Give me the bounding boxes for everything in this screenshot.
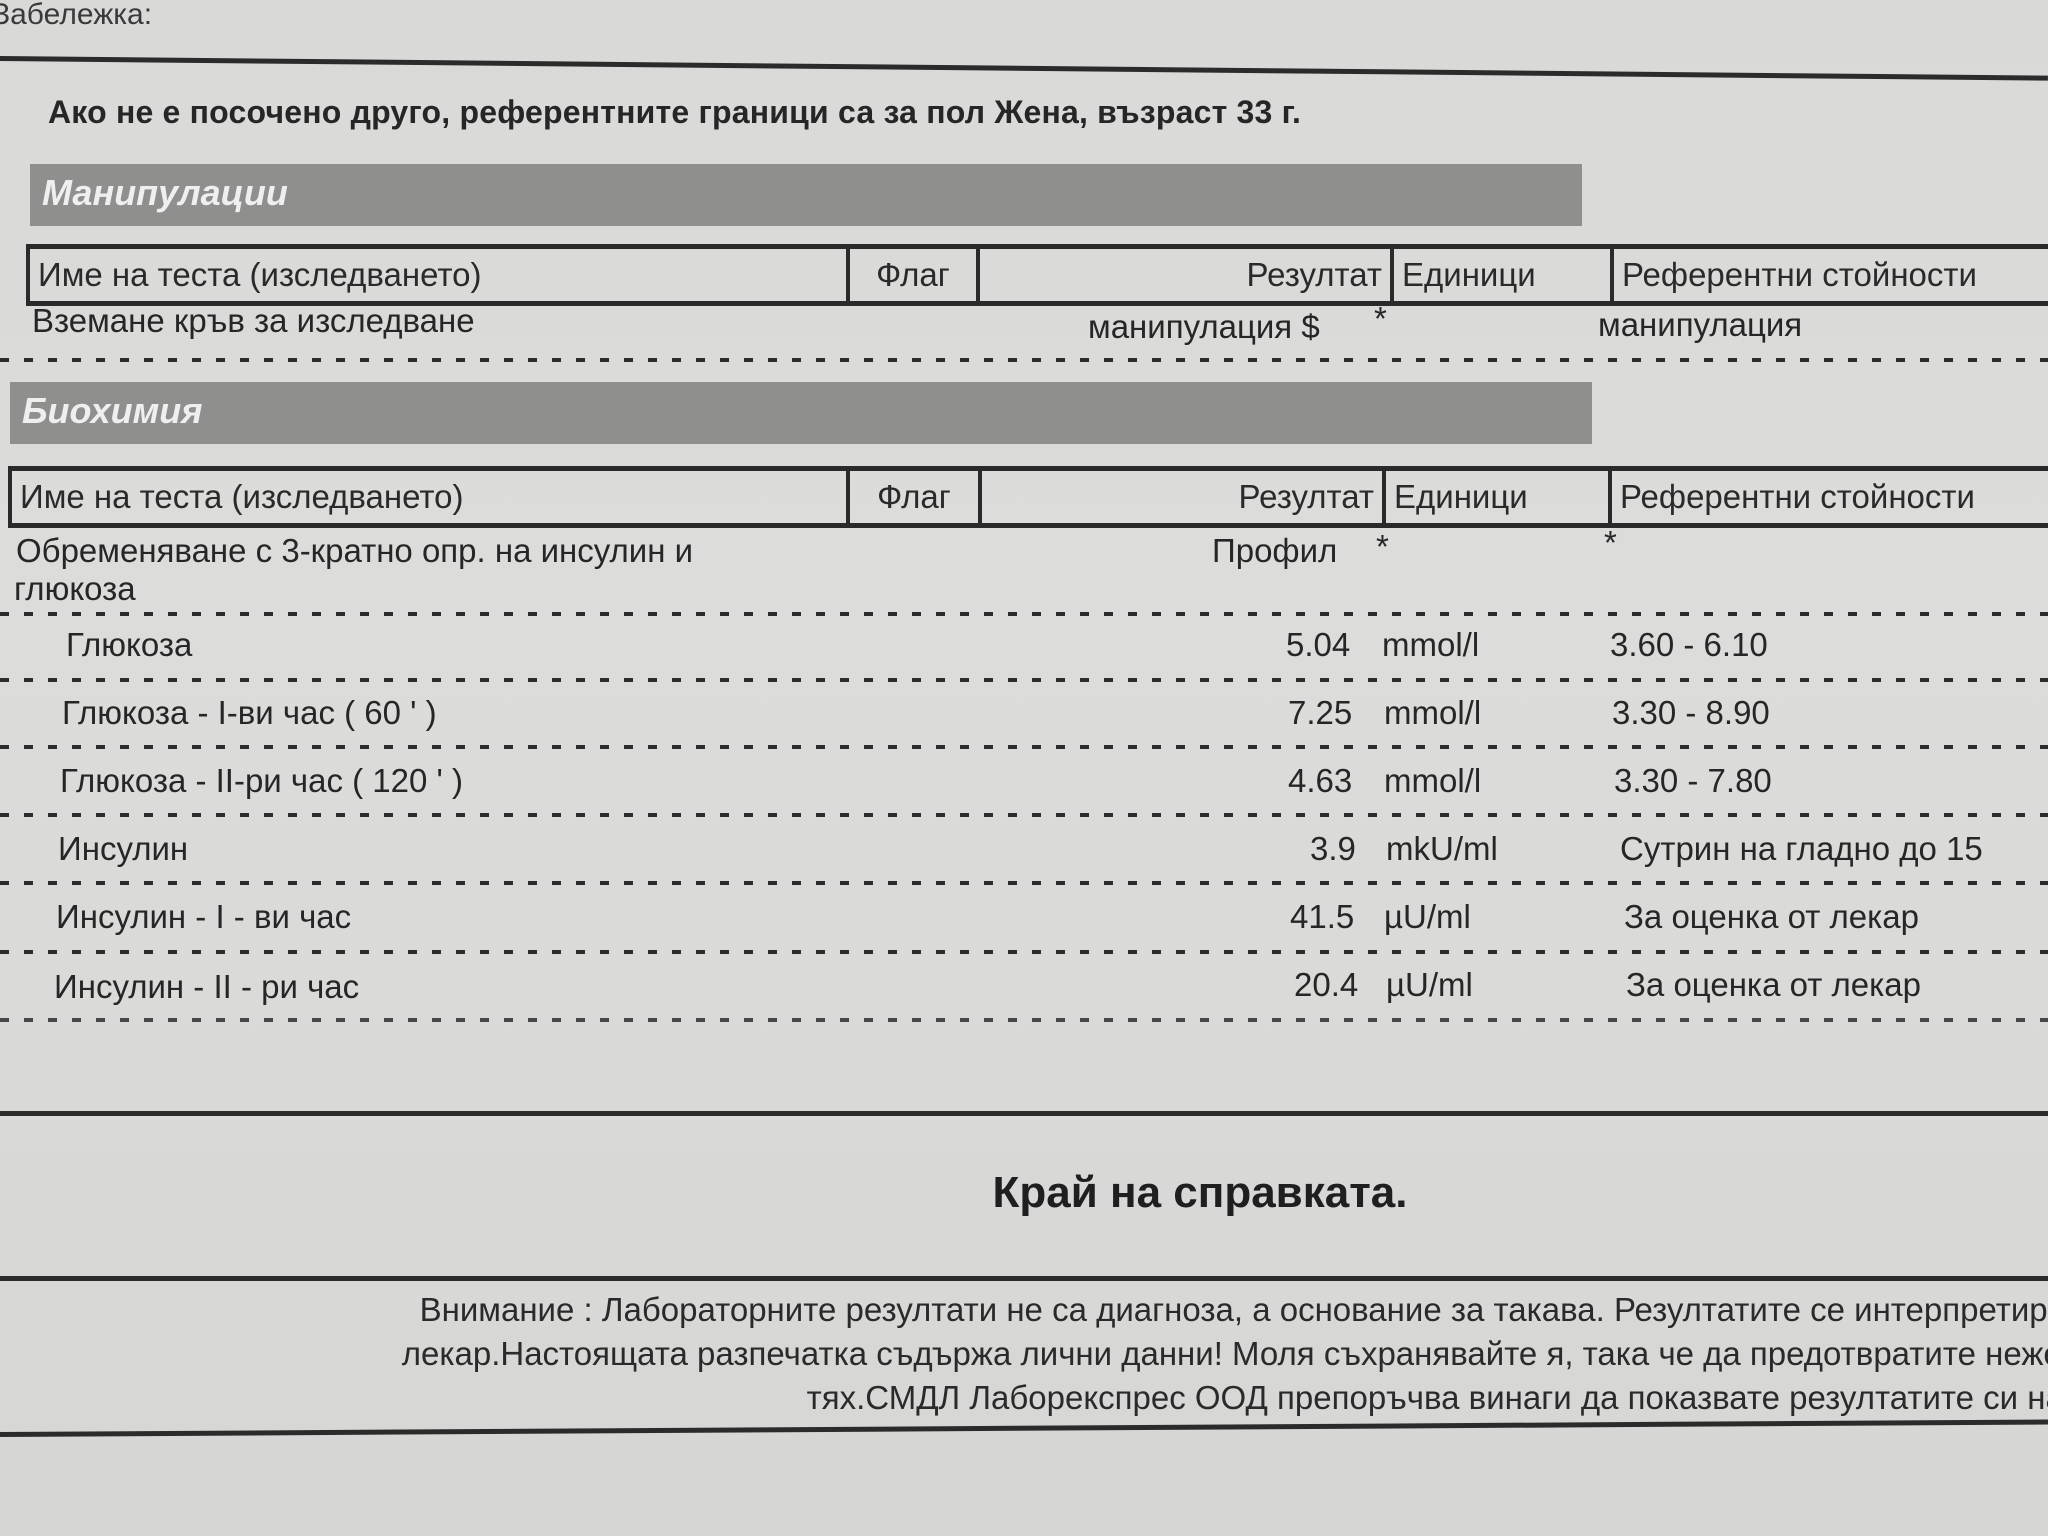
test-reference: * xyxy=(1604,524,1617,562)
test-units: * xyxy=(1376,528,1389,566)
test-units: mkU/ml xyxy=(1386,830,1498,868)
column-header-result: Резултат xyxy=(976,249,1390,301)
test-name: Обременяване с 3-кратно опр. на инсулин … xyxy=(16,532,693,570)
test-result: 5.04 xyxy=(1286,626,1350,664)
lab-report-page: Забележка: Ако не е посочено друго, рефе… xyxy=(0,0,2048,1536)
test-name: Глюкоза - I-ви час ( 60 ' ) xyxy=(62,694,437,732)
test-result: 7.25 xyxy=(1288,694,1352,732)
table-header-biochemistry: Име на теста (изследването) Флаг Резулта… xyxy=(8,466,2048,528)
test-result: манипулация $ xyxy=(1088,308,1320,346)
column-header-units: Единици xyxy=(1382,471,1608,523)
column-header-name: Име на теста (изследването) xyxy=(30,249,846,301)
reference-intro-text: Ако не е посочено друго, референтните гр… xyxy=(48,94,1301,131)
row-divider xyxy=(0,612,2048,616)
test-result: 20.4 xyxy=(1294,966,1358,1004)
test-name: Глюкоза xyxy=(66,626,192,664)
column-header-flag: Флаг xyxy=(846,249,976,301)
test-name: Вземане кръв за изследване xyxy=(32,302,475,340)
row-divider xyxy=(0,358,2048,362)
test-reference: манипулация xyxy=(1598,306,1802,344)
test-name: Глюкоза - II-ри час ( 120 ' ) xyxy=(60,762,463,800)
row-divider xyxy=(0,813,2048,817)
test-reference: 3.60 - 6.10 xyxy=(1610,626,1768,664)
row-divider xyxy=(0,950,2048,954)
end-rule-top xyxy=(0,1111,2048,1116)
test-result: Профил xyxy=(1212,532,1337,570)
test-result: 4.63 xyxy=(1288,762,1352,800)
row-divider xyxy=(0,1018,2048,1022)
notice-line: Внимание : Лабораторните резултати не са… xyxy=(0,1288,2048,1332)
table-header-manipulations: Име на теста (изследването) Флаг Резулта… xyxy=(26,244,2048,306)
row-divider xyxy=(0,745,2048,749)
test-units: mmol/l xyxy=(1384,694,1481,732)
test-reference: За оценка от лекар xyxy=(1624,898,1919,936)
notice-rule-bottom xyxy=(0,1419,2048,1437)
test-result: 3.9 xyxy=(1310,830,1356,868)
section-title: Биохимия xyxy=(22,390,202,432)
test-name-continued: глюкоза xyxy=(14,570,136,608)
note-label: Забележка: xyxy=(0,0,152,32)
test-reference: 3.30 - 8.90 xyxy=(1612,694,1770,732)
test-units: mmol/l xyxy=(1384,762,1481,800)
column-header-reference: Референтни стойности xyxy=(1610,249,2048,301)
test-units: mmol/l xyxy=(1382,626,1479,664)
test-name: Инсулин xyxy=(58,830,188,868)
row-divider xyxy=(0,881,2048,885)
notice-line: лекар.Настоящата разпечатка съдържа личн… xyxy=(0,1332,2048,1376)
notice-rule-top xyxy=(0,1276,2048,1281)
test-reference: За оценка от лекар xyxy=(1626,966,1921,1004)
test-reference: 3.30 - 7.80 xyxy=(1614,762,1772,800)
column-header-name: Име на теста (изследването) xyxy=(12,471,846,523)
section-header-manipulations: Манипулации xyxy=(30,164,1582,226)
test-units: µU/ml xyxy=(1384,898,1471,936)
test-name: Инсулин - II - ри час xyxy=(54,968,359,1006)
top-rule xyxy=(0,56,2048,81)
column-header-reference: Референтни стойности xyxy=(1608,471,2048,523)
disclaimer-notice: Внимание : Лабораторните резултати не са… xyxy=(0,1288,2048,1420)
test-units: * xyxy=(1374,300,1387,338)
column-header-units: Единици xyxy=(1390,249,1610,301)
column-header-result: Резултат xyxy=(978,471,1382,523)
notice-line: тях.СМДЛ Лаборекспрес ООД препоръчва вин… xyxy=(0,1376,2048,1420)
test-reference: Сутрин на гладно до 15 xyxy=(1620,830,1983,868)
row-divider xyxy=(0,678,2048,682)
section-header-biochemistry: Биохимия xyxy=(10,382,1592,444)
test-name: Инсулин - I - ви час xyxy=(56,898,351,936)
end-of-report: Край на справката. xyxy=(0,1168,2048,1218)
test-result: 41.5 xyxy=(1290,898,1354,936)
section-title: Манипулации xyxy=(42,172,288,214)
column-header-flag: Флаг xyxy=(846,471,978,523)
test-units: µU/ml xyxy=(1386,966,1473,1004)
